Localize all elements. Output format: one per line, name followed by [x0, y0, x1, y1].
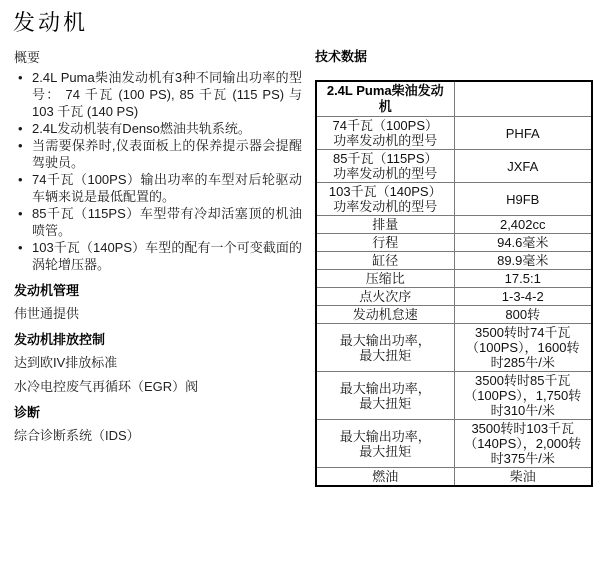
table-cell-label: 排量	[316, 216, 454, 234]
table-cell-value: 3500转时85千瓦 （100PS），1,750转 时310牛/米	[454, 372, 592, 420]
table-cell-label: 103千瓦（140PS） 功率发动机的型号	[316, 183, 454, 216]
para-emission-standard: 达到欧IV排放标准	[14, 354, 302, 371]
table-row: 74千瓦（100PS） 功率发动机的型号 PHFA	[316, 117, 592, 150]
overview-column: 概要 2.4L Puma柴油发动机有3种不同输出功率的型号： 74 千瓦 (10…	[14, 49, 302, 451]
table-row: 燃油 柴油	[316, 468, 592, 487]
table-row: 最大输出功率， 最大扭矩 3500转时103千瓦 （140PS），2,000转 …	[316, 420, 592, 468]
table-cell-value: PHFA	[454, 117, 592, 150]
bullet-item: 74千瓦（100PS）输出功率的车型对后轮驱动车辆来说是最低配置的。	[14, 171, 302, 205]
table-cell-value: JXFA	[454, 150, 592, 183]
table-cell-value: 1-3-4-2	[454, 288, 592, 306]
overview-bullet-list: 2.4L Puma柴油发动机有3种不同输出功率的型号： 74 千瓦 (100 P…	[14, 69, 302, 273]
bullet-item: 2.4L发动机装有Denso燃油共轨系统。	[14, 120, 302, 137]
table-cell-label: 最大输出功率， 最大扭矩	[316, 420, 454, 468]
section-heading-emission-control: 发动机排放控制	[14, 331, 302, 348]
para-egr-valve: 水冷电控废气再循环（EGR）阀	[14, 378, 302, 395]
bullet-item: 85千瓦（115PS）车型带有冷却活塞顶的机油喷管。	[14, 205, 302, 239]
section-heading-engine-management: 发动机管理	[14, 282, 302, 299]
table-row: 103千瓦（140PS） 功率发动机的型号 H9FB	[316, 183, 592, 216]
table-cell-value: 89.9毫米	[454, 252, 592, 270]
table-cell-label: 85千瓦（115PS） 功率发动机的型号	[316, 150, 454, 183]
table-cell-value: 94.6毫米	[454, 234, 592, 252]
section-heading-diagnostics: 诊断	[14, 404, 302, 421]
tech-data-heading: 技术数据	[315, 49, 593, 65]
table-row: 排量 2,402cc	[316, 216, 592, 234]
para-diagnostic-system: 综合诊断系统（IDS）	[14, 427, 302, 444]
table-cell-value: 3500转时74千瓦 （100PS），1600转 时285牛/米	[454, 324, 592, 372]
table-row: 最大输出功率， 最大扭矩 3500转时74千瓦 （100PS），1600转 时2…	[316, 324, 592, 372]
table-cell-value: 3500转时103千瓦 （140PS），2,000转 时375牛/米	[454, 420, 592, 468]
table-cell-value: 柴油	[454, 468, 592, 487]
table-row: 发动机怠速 800转	[316, 306, 592, 324]
table-row: 85千瓦（115PS） 功率发动机的型号 JXFA	[316, 150, 592, 183]
para-engine-management-supplier: 伟世通提供	[14, 305, 302, 322]
table-cell-label: 压缩比	[316, 270, 454, 288]
bullet-item: 103千瓦（140PS）车型的配有一个可变截面的涡轮增压器。	[14, 239, 302, 273]
table-row: 行程 94.6毫米	[316, 234, 592, 252]
table-cell-label: 发动机怠速	[316, 306, 454, 324]
page-title: 发动机	[13, 6, 88, 37]
table-cell-label: 点火次序	[316, 288, 454, 306]
table-cell-label: 缸径	[316, 252, 454, 270]
table-cell-label: 74千瓦（100PS） 功率发动机的型号	[316, 117, 454, 150]
bullet-item: 当需要保养时,仪表面板上的保养提示器会提醒驾驶员。	[14, 137, 302, 171]
table-header-label: 2.4L Puma柴油发动 机	[316, 81, 454, 117]
table-row: 点火次序 1-3-4-2	[316, 288, 592, 306]
table-cell-value: H9FB	[454, 183, 592, 216]
table-header-row: 2.4L Puma柴油发动 机	[316, 81, 592, 117]
table-row: 缸径 89.9毫米	[316, 252, 592, 270]
table-cell-label: 行程	[316, 234, 454, 252]
table-cell-value: 800转	[454, 306, 592, 324]
table-cell-label: 最大输出功率， 最大扭矩	[316, 324, 454, 372]
tech-data-column: 技术数据 2.4L Puma柴油发动 机 74千瓦（100PS） 功率发动机的型…	[315, 49, 593, 487]
tech-data-table: 2.4L Puma柴油发动 机 74千瓦（100PS） 功率发动机的型号 PHF…	[315, 80, 593, 487]
overview-label: 概要	[14, 49, 302, 66]
bullet-item: 2.4L Puma柴油发动机有3种不同输出功率的型号： 74 千瓦 (100 P…	[14, 69, 302, 120]
table-cell-value: 2,402cc	[454, 216, 592, 234]
table-cell-value: 17.5:1	[454, 270, 592, 288]
table-cell-label: 燃油	[316, 468, 454, 487]
table-header-value	[454, 81, 592, 117]
table-row: 最大输出功率， 最大扭矩 3500转时85千瓦 （100PS），1,750转 时…	[316, 372, 592, 420]
table-cell-label: 最大输出功率， 最大扭矩	[316, 372, 454, 420]
table-row: 压缩比 17.5:1	[316, 270, 592, 288]
